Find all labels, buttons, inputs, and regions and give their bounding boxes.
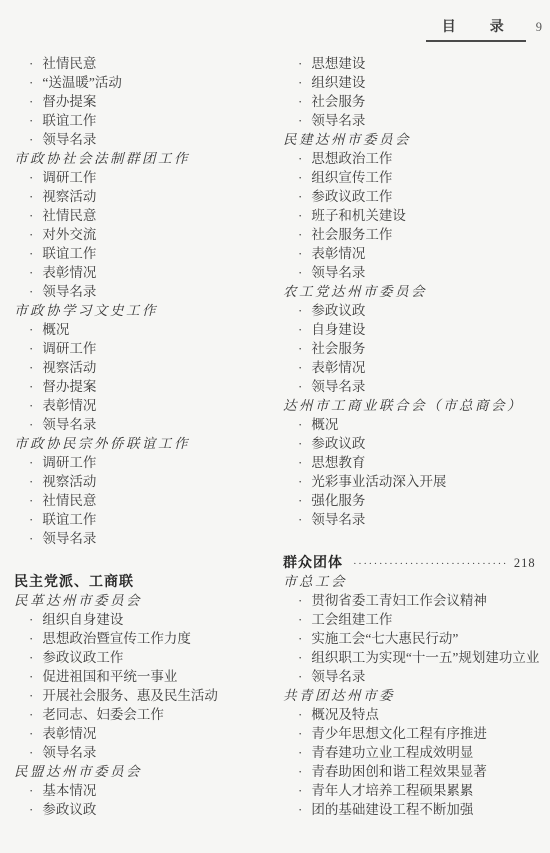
toc-section-heading: 民主党派、工商联 [14,572,275,591]
toc-item: ·表彰情况 [283,358,550,377]
toc-item-label: 参政议政工作 [311,189,392,204]
toc-item-label: 调研工作 [42,170,96,185]
toc-item-label: 自身建设 [311,322,365,337]
toc-item-label: 工会组建工作 [311,612,392,627]
toc-item-label: 联谊工作 [42,512,96,527]
toc-item-label: 社情民意 [42,208,96,223]
toc-item-label: 思想建设 [311,56,365,71]
bullet-dot-icon: · [29,75,33,90]
toc-item: ·参政议政工作 [14,648,275,667]
bullet-dot-icon: · [298,227,302,242]
toc-item: ·表彰情况 [14,396,275,415]
toc-subheading: 市政协学习文史工作 [14,301,275,320]
toc-subheading: 共青团达州市委 [283,686,550,705]
toc-item-label: 团的基础建设工程不断加强 [311,802,473,817]
bullet-dot-icon: · [298,436,302,451]
toc-item-label: 表彰情况 [311,246,365,261]
bullet-dot-icon: · [298,593,302,608]
bullet-dot-icon: · [29,726,33,741]
toc-item-label: 强化服务 [311,493,365,508]
toc-item-label: 思想政治工作 [311,151,392,166]
toc-item: ·参政议政 [14,800,275,819]
bullet-dot-icon: · [29,474,33,489]
toc-item-label: 领导名录 [42,284,96,299]
bullet-dot-icon: · [298,474,302,489]
bullet-dot-icon: · [298,56,302,71]
bullet-dot-icon: · [29,94,33,109]
toc-item-label: 视察活动 [42,360,96,375]
toc-item-label: 调研工作 [42,341,96,356]
toc-item: ·联谊工作 [14,244,275,263]
toc-item: ·参政议政 [283,434,550,453]
toc-item-label: 视察活动 [42,189,96,204]
bullet-dot-icon: · [29,745,33,760]
toc-item: ·参政议政 [283,301,550,320]
toc-subheading: 市政协社会法制群团工作 [14,149,275,168]
toc-item-label: 青春助困创和谐工程效果显著 [311,764,487,779]
bullet-dot-icon: · [298,94,302,109]
toc-item: ·光彩事业活动深入开展 [283,472,550,491]
toc-item-label: 组织职工为实现“十一五”规划建功立业 [311,650,539,665]
toc-item-label: 领导名录 [42,531,96,546]
toc-item: ·概况 [14,320,275,339]
toc-item: ·视察活动 [14,187,275,206]
toc-item-label: 贯彻省委工青妇工作会议精神 [311,593,487,608]
toc-item-label: 督办提案 [42,379,96,394]
toc-item: ·调研工作 [14,339,275,358]
bullet-dot-icon: · [29,612,33,627]
toc-subheading: 农工党达州市委员会 [283,282,550,301]
toc-item: ·表彰情况 [14,263,275,282]
toc-item-label: 光彩事业活动深入开展 [311,474,446,489]
toc-item: ·社情民意 [14,206,275,225]
toc-item: ·领导名录 [14,282,275,301]
toc-item-label: 组织宣传工作 [311,170,392,185]
bullet-dot-icon: · [298,113,302,128]
bullet-dot-icon: · [298,783,302,798]
toc-item: ·实施工会“七大惠民行动” [283,629,550,648]
toc-item-label: 表彰情况 [42,726,96,741]
toc-item-label: 概况 [42,322,69,337]
bullet-dot-icon: · [298,246,302,261]
bullet-dot-icon: · [29,669,33,684]
toc-item: ·组织建设 [283,73,550,92]
toc-item-label: 社会服务 [311,94,365,109]
toc-item: ·组织职工为实现“十一五”规划建功立业 [283,648,550,667]
toc-section-label: 群众团体 [283,553,343,572]
toc-item: ·督办提案 [14,377,275,396]
toc-item: ·参政议政工作 [283,187,550,206]
toc-item: ·调研工作 [14,168,275,187]
bullet-dot-icon: · [29,170,33,185]
toc-item: ·社会服务 [283,339,550,358]
bullet-dot-icon: · [298,265,302,280]
toc-item-label: 参政议政 [311,303,365,318]
toc-item: ·领导名录 [283,111,550,130]
toc-item: ·思想政治工作 [283,149,550,168]
bullet-dot-icon: · [29,455,33,470]
bullet-dot-icon: · [29,631,33,646]
toc-left-column: ·社情民意·“送温暖”活动·督办提案·联谊工作·领导名录市政协社会法制群团工作·… [0,54,275,819]
toc-item: ·思想建设 [283,54,550,73]
bullet-dot-icon: · [29,707,33,722]
bullet-dot-icon: · [29,688,33,703]
toc-item-label: 联谊工作 [42,246,96,261]
toc-subheading: 市政协民宗外侨联谊工作 [14,434,275,453]
bullet-dot-icon: · [29,56,33,71]
toc-item-label: “送温暖”活动 [42,75,121,90]
toc-item: ·概况 [283,415,550,434]
toc-right-column: ·思想建设·组织建设·社会服务·领导名录民建达州市委员会·思想政治工作·组织宣传… [275,54,550,819]
toc-item-label: 社情民意 [42,493,96,508]
bullet-dot-icon: · [298,631,302,646]
toc-item-label: 班子和机关建设 [311,208,406,223]
toc-item-label: 组织建设 [311,75,365,90]
toc-item: ·自身建设 [283,320,550,339]
toc-item: ·思想政治暨宣传工作力度 [14,629,275,648]
toc-item-label: 调研工作 [42,455,96,470]
toc-item: ·表彰情况 [283,244,550,263]
toc-section-heading: 群众团体······························218 [283,553,550,572]
toc-subheading: 民革达州市委员会 [14,591,275,610]
toc-item-label: 参政议政工作 [42,650,123,665]
bullet-dot-icon: · [298,151,302,166]
page-number: 9 [536,20,542,35]
toc-item-label: 开展社会服务、惠及民生活动 [42,688,218,703]
toc-item-label: 领导名录 [311,669,365,684]
toc-item: ·青少年思想文化工程有序推进 [283,724,550,743]
toc-item-label: 表彰情况 [42,398,96,413]
page-title: 目 录 [426,16,526,42]
toc-item-label: 青少年思想文化工程有序推进 [311,726,487,741]
toc-item: ·促进祖国和平统一事业 [14,667,275,686]
bullet-dot-icon: · [298,303,302,318]
dot-leader: ······························ [353,555,508,574]
bullet-dot-icon: · [29,132,33,147]
toc-subheading: 民盟达州市委员会 [14,762,275,781]
bullet-dot-icon: · [298,745,302,760]
toc-item: ·组织自身建设 [14,610,275,629]
bullet-dot-icon: · [29,246,33,261]
toc-item-label: 社情民意 [42,56,96,71]
bullet-dot-icon: · [29,322,33,337]
bullet-dot-icon: · [298,341,302,356]
bullet-dot-icon: · [29,783,33,798]
toc-item-label: 表彰情况 [311,360,365,375]
toc-item: ·联谊工作 [14,111,275,130]
toc-item: ·“送温暖”活动 [14,73,275,92]
toc-item: ·青春建功立业工程成效明显 [283,743,550,762]
toc-item-label: 青年人才培养工程硕果累累 [311,783,473,798]
toc-item: ·领导名录 [283,377,550,396]
toc-item-label: 概况及特点 [311,707,379,722]
toc-item: ·青年人才培养工程硕果累累 [283,781,550,800]
toc-item: ·对外交流 [14,225,275,244]
toc-item-label: 领导名录 [42,745,96,760]
bullet-dot-icon: · [29,208,33,223]
bullet-dot-icon: · [29,113,33,128]
toc-item: ·领导名录 [14,743,275,762]
toc-item: ·团的基础建设工程不断加强 [283,800,550,819]
toc-item-label: 督办提案 [42,94,96,109]
toc-columns: ·社情民意·“送温暖”活动·督办提案·联谊工作·领导名录市政协社会法制群团工作·… [0,54,550,819]
toc-item-label: 领导名录 [42,132,96,147]
bullet-dot-icon: · [298,612,302,627]
toc-item-label: 老同志、妇委会工作 [42,707,164,722]
toc-item: ·贯彻省委工青妇工作会议精神 [283,591,550,610]
toc-item-label: 思想政治暨宣传工作力度 [42,631,191,646]
toc-item-label: 领导名录 [311,113,365,128]
column-gap [283,529,550,553]
toc-item: ·青春助困创和谐工程效果显著 [283,762,550,781]
bullet-dot-icon: · [29,531,33,546]
toc-item-label: 组织自身建设 [42,612,123,627]
bullet-dot-icon: · [298,764,302,779]
column-gap [14,548,275,572]
toc-item: ·社会服务工作 [283,225,550,244]
bullet-dot-icon: · [29,360,33,375]
toc-item: ·概况及特点 [283,705,550,724]
toc-item: ·领导名录 [14,130,275,149]
toc-item: ·社情民意 [14,491,275,510]
toc-item: ·督办提案 [14,92,275,111]
toc-item: ·领导名录 [14,415,275,434]
toc-item: ·老同志、妇委会工作 [14,705,275,724]
toc-item: ·表彰情况 [14,724,275,743]
toc-section-page-number: 218 [514,554,536,573]
toc-item: ·联谊工作 [14,510,275,529]
bullet-dot-icon: · [29,398,33,413]
bullet-dot-icon: · [298,707,302,722]
bullet-dot-icon: · [298,379,302,394]
toc-item-label: 实施工会“七大惠民行动” [311,631,458,646]
toc-item: ·班子和机关建设 [283,206,550,225]
bullet-dot-icon: · [298,669,302,684]
bullet-dot-icon: · [298,455,302,470]
toc-subheading: 民建达州市委员会 [283,130,550,149]
toc-item-label: 基本情况 [42,783,96,798]
toc-item-label: 领导名录 [42,417,96,432]
bullet-dot-icon: · [298,322,302,337]
toc-item: ·领导名录 [14,529,275,548]
bullet-dot-icon: · [29,189,33,204]
bullet-dot-icon: · [298,802,302,817]
toc-item-label: 青春建功立业工程成效明显 [311,745,473,760]
toc-item-label: 思想教育 [311,455,365,470]
toc-item-label: 领导名录 [311,512,365,527]
toc-item: ·社会服务 [283,92,550,111]
toc-item-label: 社会服务 [311,341,365,356]
toc-item-label: 促进祖国和平统一事业 [42,669,177,684]
bullet-dot-icon: · [29,417,33,432]
bullet-dot-icon: · [29,650,33,665]
toc-item: ·视察活动 [14,472,275,491]
bullet-dot-icon: · [298,512,302,527]
toc-section-label: 民主党派、工商联 [14,572,134,591]
bullet-dot-icon: · [298,360,302,375]
toc-page: 目 录 9 ·社情民意·“送温暖”活动·督办提案·联谊工作·领导名录市政协社会法… [0,0,550,853]
toc-item-label: 参政议政 [42,802,96,817]
toc-subheading: 市总工会 [283,572,550,591]
bullet-dot-icon: · [298,170,302,185]
toc-item-label: 视察活动 [42,474,96,489]
bullet-dot-icon: · [298,726,302,741]
toc-item: ·工会组建工作 [283,610,550,629]
bullet-dot-icon: · [298,208,302,223]
toc-item: ·思想教育 [283,453,550,472]
bullet-dot-icon: · [29,227,33,242]
toc-item: ·视察活动 [14,358,275,377]
bullet-dot-icon: · [298,189,302,204]
toc-item: ·领导名录 [283,263,550,282]
bullet-dot-icon: · [298,417,302,432]
bullet-dot-icon: · [29,379,33,394]
bullet-dot-icon: · [29,802,33,817]
toc-item: ·强化服务 [283,491,550,510]
bullet-dot-icon: · [298,75,302,90]
bullet-dot-icon: · [29,284,33,299]
bullet-dot-icon: · [298,650,302,665]
toc-subheading: 达州市工商业联合会（市总商会） [283,396,550,415]
bullet-dot-icon: · [29,512,33,527]
toc-item: ·领导名录 [283,667,550,686]
toc-item-label: 联谊工作 [42,113,96,128]
bullet-dot-icon: · [29,341,33,356]
toc-item-label: 领导名录 [311,379,365,394]
toc-item-label: 对外交流 [42,227,96,242]
toc-item-label: 表彰情况 [42,265,96,280]
bullet-dot-icon: · [298,493,302,508]
toc-item: ·领导名录 [283,510,550,529]
toc-item: ·开展社会服务、惠及民生活动 [14,686,275,705]
toc-item: ·社情民意 [14,54,275,73]
bullet-dot-icon: · [29,493,33,508]
toc-item-label: 社会服务工作 [311,227,392,242]
toc-item: ·基本情况 [14,781,275,800]
toc-item: ·调研工作 [14,453,275,472]
page-header: 目 录 9 [0,16,550,40]
bullet-dot-icon: · [29,265,33,280]
toc-item: ·组织宣传工作 [283,168,550,187]
toc-item-label: 领导名录 [311,265,365,280]
toc-item-label: 参政议政 [311,436,365,451]
toc-item-label: 概况 [311,417,338,432]
